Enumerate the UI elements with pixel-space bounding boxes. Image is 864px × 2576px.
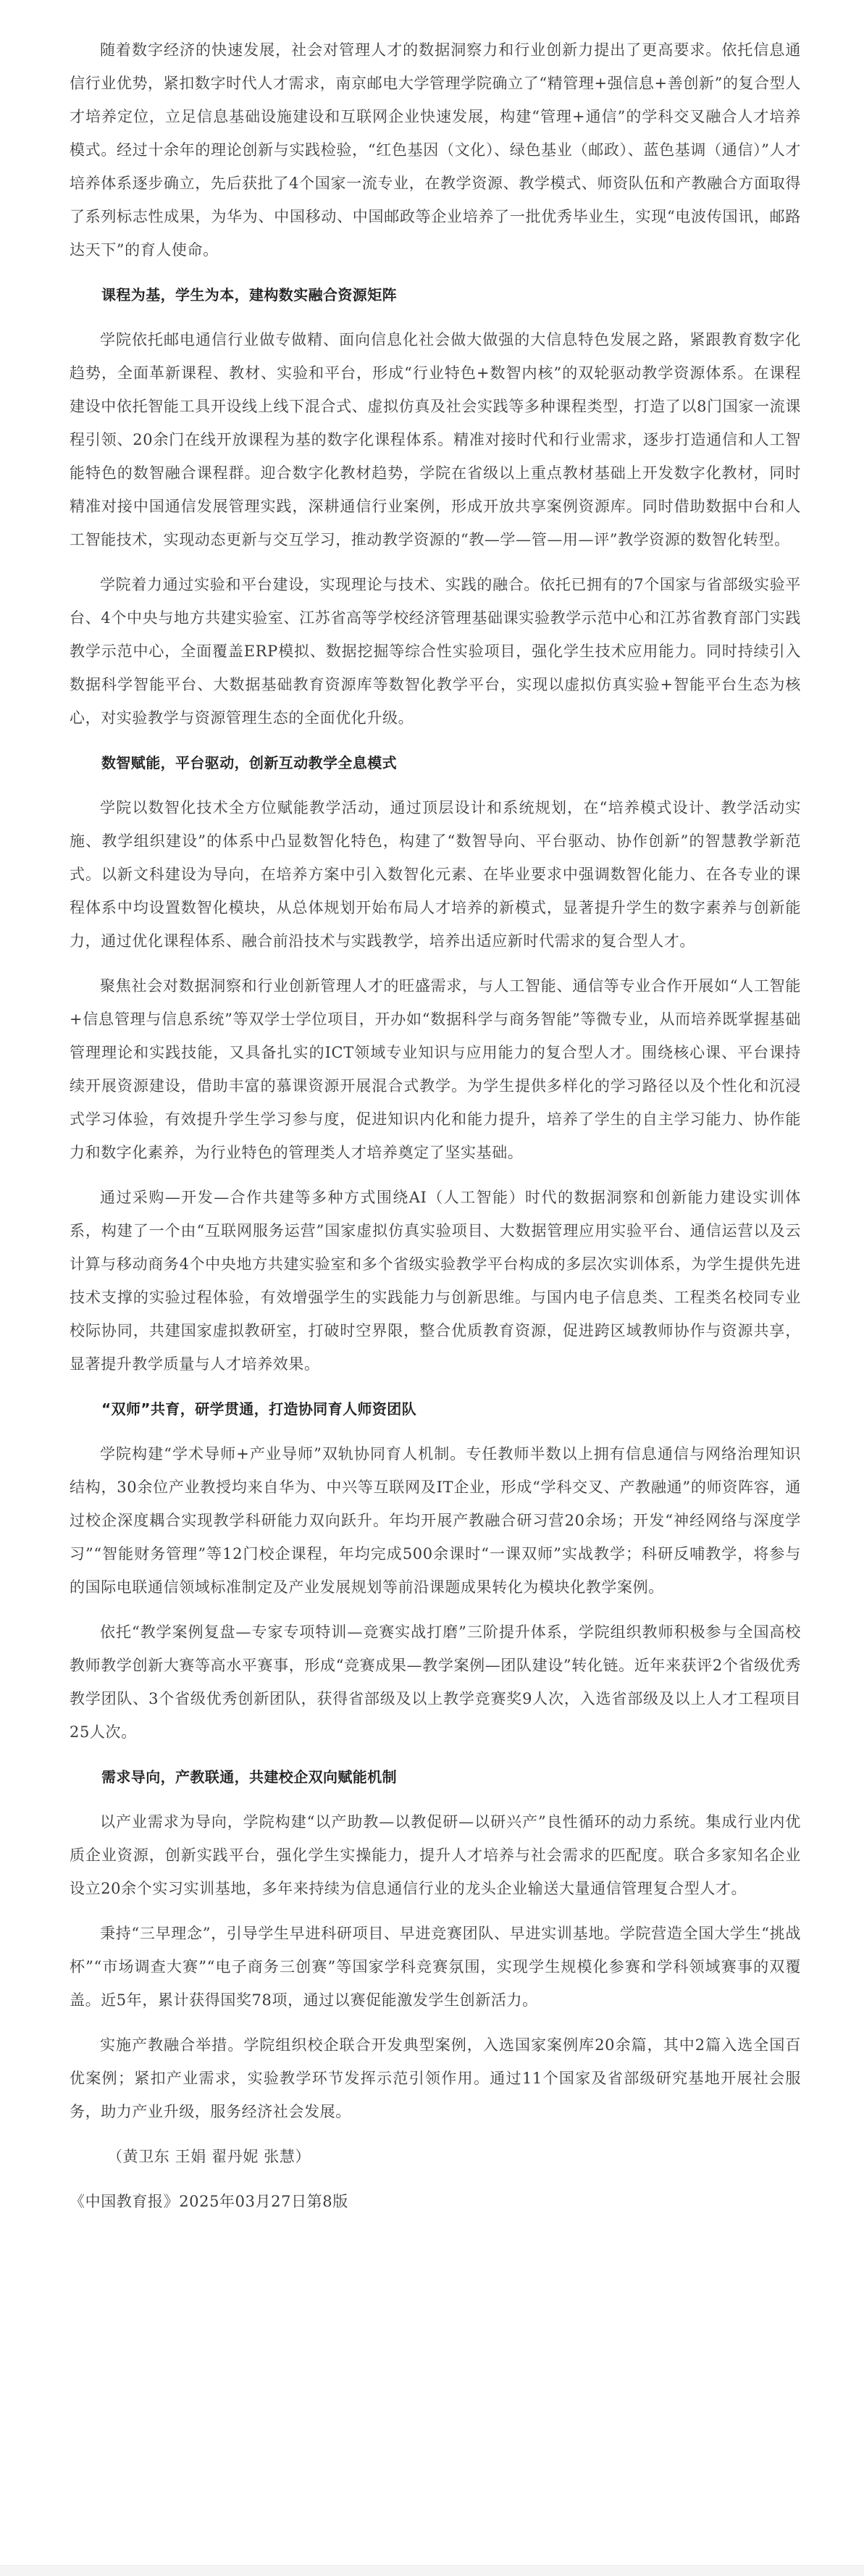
section-paragraph: 学院构建“学术导师+产业导师”双轨协同育人机制。专任教师半数以上拥有信息通信与网… bbox=[70, 1437, 801, 1604]
section-paragraph: 以产业需求为导向，学院构建“以产助教—以教促研—以研兴产”良性循环的动力系统。集… bbox=[70, 1805, 801, 1905]
article-source: 《中国教育报》2025年03月27日第8版 bbox=[70, 2185, 801, 2218]
article-authors: （黄卫东 王娟 翟丹妮 张慧） bbox=[70, 2140, 801, 2173]
section-paragraph: 学院依托邮电通信行业做专做精、面向信息化社会做大做强的大信息特色发展之路，紧跟教… bbox=[70, 323, 801, 556]
section-paragraph: 依托“教学案例复盘—专家专项特训—竞赛实战打磨”三阶提升体系，学院组织教师积极参… bbox=[70, 1615, 801, 1749]
section-paragraph: 秉持“三早理念”，引导学生早进科研项目、早进竞赛团队、早进实训基地。学院营造全国… bbox=[70, 1917, 801, 2017]
intro-paragraph: 随着数字经济的快速发展，社会对管理人才的数据洞察力和行业创新力提出了更高要求。依… bbox=[70, 33, 801, 267]
section-paragraph: 实施产教融合举措。学院组织校企联合开发典型案例，入选国家案例库20余篇，其中2篇… bbox=[70, 2028, 801, 2128]
section-paragraph: 聚焦社会对数据洞察和行业创新管理人才的旺盛需求，与人工智能、通信等专业合作开展如… bbox=[70, 969, 801, 1169]
section-heading-courses: 课程为基，学生为本，建构数实融合资源矩阵 bbox=[70, 278, 801, 311]
article-body: 随着数字经济的快速发展，社会对管理人才的数据洞察力和行业创新力提出了更高要求。依… bbox=[70, 0, 801, 2247]
section-paragraph: 通过采购—开发—合作共建等多种方式围绕AI（人工智能）时代的数据洞察和创新能力建… bbox=[70, 1181, 801, 1381]
section-heading-dual-teachers: “双师”共育，研学贯通，打造协同育人师资团队 bbox=[70, 1392, 801, 1426]
section-paragraph: 学院着力通过实验和平台建设，实现理论与技术、实践的融合。依托已拥有的7个国家与省… bbox=[70, 568, 801, 735]
section-paragraph: 学院以数智化技术全方位赋能教学活动，通过顶层设计和系统规划，在“培养模式设计、教… bbox=[70, 791, 801, 958]
section-heading-industry-education: 需求导向，产教联通，共建校企双向赋能机制 bbox=[70, 1760, 801, 1794]
page-bottom-band bbox=[0, 2565, 864, 2576]
section-heading-digital-teaching: 数智赋能，平台驱动，创新互动教学全息模式 bbox=[70, 746, 801, 779]
